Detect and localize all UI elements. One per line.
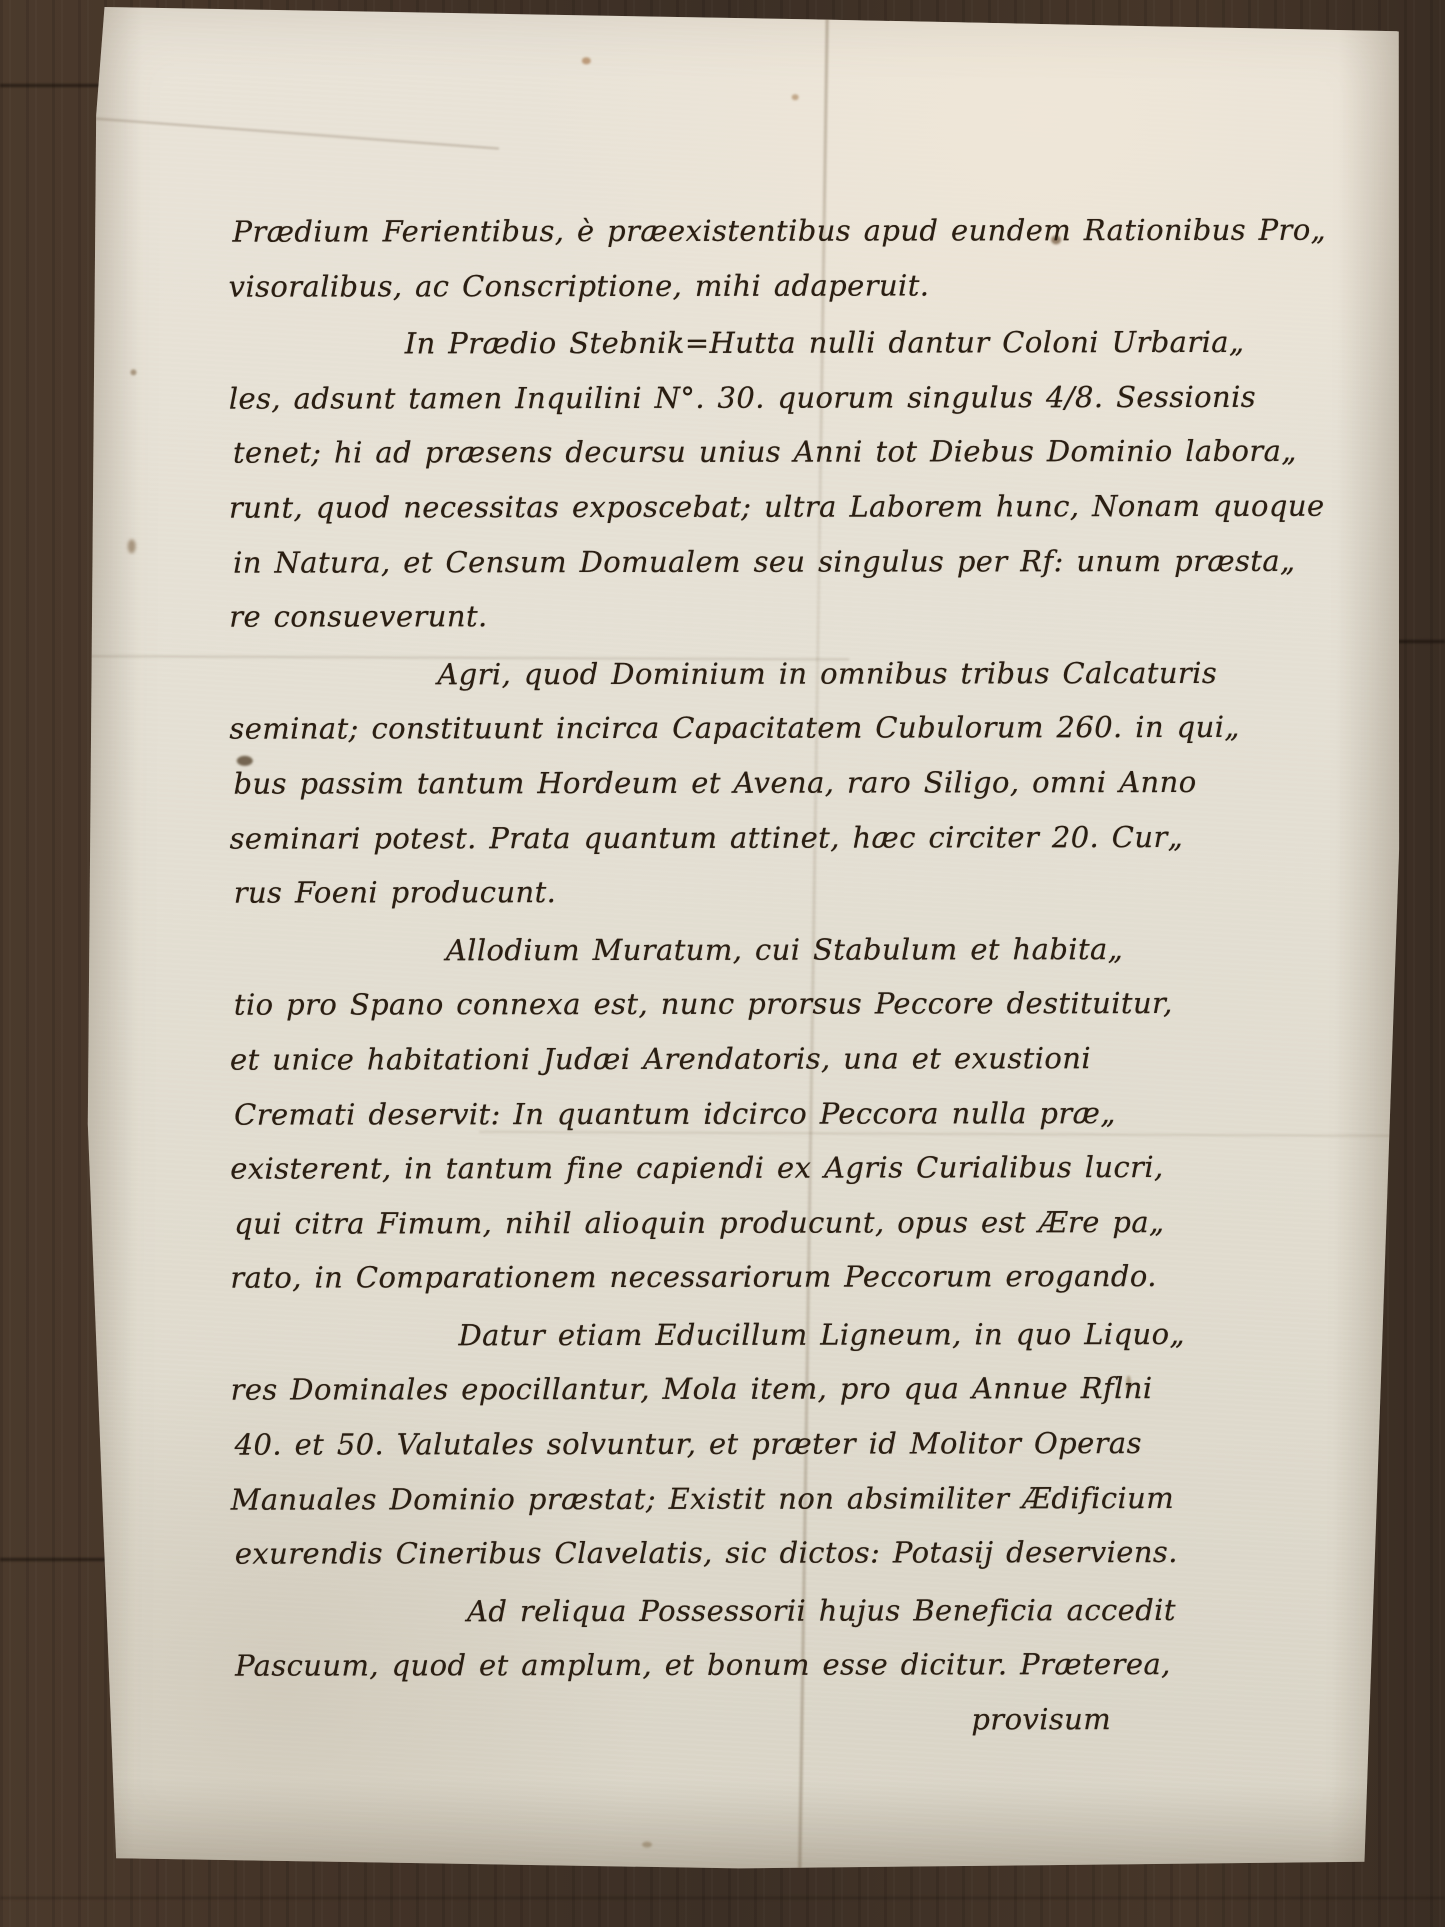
text-line: tio pro Spano connexa est, nunc prorsus … — [234, 976, 1178, 1032]
text-line: res Dominales epocillantur, Mola item, p… — [231, 1361, 1179, 1417]
text-line: exurendis Cineribus Clavelatis, sic dict… — [235, 1525, 1179, 1581]
text-line: Allodium Muratum, cui Stabulum et habita… — [230, 922, 1178, 978]
foxing-spot — [128, 539, 136, 553]
fold-crease-diagonal — [80, 116, 499, 149]
text-line: Ad reliqua Possessorii hujus Beneficia a… — [231, 1583, 1179, 1639]
text-line: les, adsunt tamen Inquilini N°. 30. quor… — [229, 370, 1177, 426]
text-line: Prædium Ferientibus, è præexistentibus a… — [232, 203, 1176, 259]
text-line: Agri, quod Dominium in omnibus tribus Ca… — [233, 646, 1177, 702]
foxing-spot — [130, 369, 136, 375]
text-line: 40. et 50. Valutales solvuntur, et præte… — [235, 1416, 1179, 1472]
text-line: Cremati deservit: In quantum idcirco Pec… — [234, 1086, 1178, 1142]
handwritten-text-block: Prædium Ferientibus, è præexistentibus a… — [228, 203, 1179, 1748]
text-line: rus Foeni producunt. — [234, 864, 1178, 920]
text-line: in Natura, et Censum Domualem seu singul… — [233, 534, 1177, 590]
foxing-spot — [582, 57, 591, 64]
text-line: visoralibus, ac Conscriptione, mihi adap… — [229, 258, 1177, 314]
text-line: Pascuum, quod et amplum, et bonum esse d… — [235, 1637, 1179, 1693]
text-line: runt, quod necessitas exposcebat; ultra … — [229, 479, 1177, 535]
text-line: Datur etiam Educillum Ligneum, in quo Li… — [234, 1307, 1178, 1363]
wood-plank-seam — [0, 1897, 1445, 1899]
text-line: In Prædio Stebnik=Hutta nulli dantur Col… — [233, 315, 1177, 371]
foxing-spot — [642, 1842, 652, 1848]
text-line: seminari potest. Prata quantum attinet, … — [230, 810, 1178, 866]
text-line: existerent, in tantum fine capiendi ex A… — [230, 1140, 1178, 1196]
text-line: Manuales Dominio præstat; Existit non ab… — [231, 1471, 1179, 1527]
text-line: et unice habitationi Judæi Arendatoris, … — [230, 1031, 1178, 1087]
text-line: bus passim tantum Hordeum et Avena, raro… — [233, 755, 1177, 811]
catchword-line: provisum — [231, 1692, 1179, 1748]
text-line: seminat; constituunt incirca Capacitatem… — [229, 700, 1177, 756]
text-line: tenet; hi ad præsens decursu unius Anni … — [233, 424, 1177, 480]
manuscript-paper-sheet: Prædium Ferientibus, è præexistentibus a… — [82, 3, 1404, 1877]
text-line: rato, in Comparationem necessariorum Pec… — [230, 1249, 1178, 1305]
foxing-spot — [792, 94, 799, 100]
text-line: re consueverunt. — [229, 588, 1177, 644]
text-line: qui citra Fimum, nihil alioquin producun… — [234, 1195, 1178, 1251]
